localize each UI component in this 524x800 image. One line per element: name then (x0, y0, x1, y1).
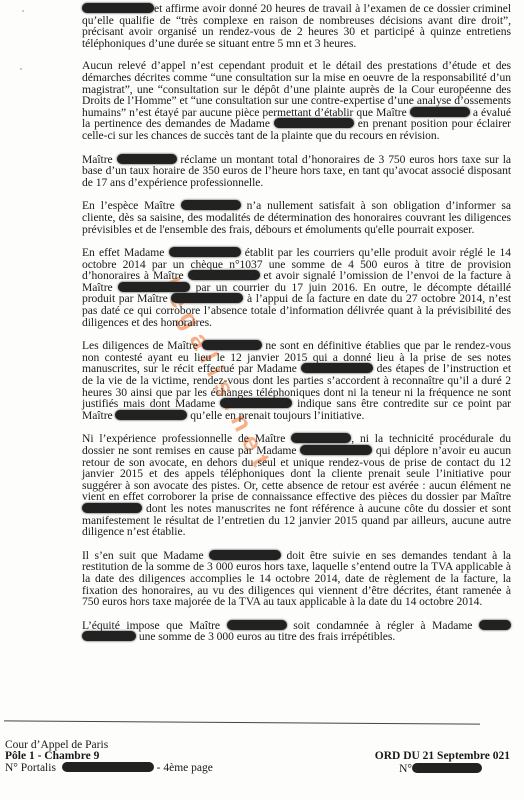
footer-divider (4, 720, 480, 724)
paragraph-text: qu’elle en prenait toujours l’initiative… (187, 409, 364, 422)
redacted-name (82, 631, 136, 641)
redacted-name (274, 118, 354, 128)
redacted-name (118, 282, 190, 292)
redacted-name (479, 620, 511, 630)
redacted-name (220, 398, 292, 408)
paragraph: L’équité impose que Maître soit condamné… (82, 620, 511, 643)
paragraph-text: dont les notes manuscrites ne font référ… (82, 502, 511, 538)
redacted-name (209, 550, 281, 560)
paragraph: Maître réclame un montant total d’honora… (82, 154, 511, 189)
redacted-rg-number (412, 763, 482, 773)
redacted-name (115, 410, 187, 420)
redacted-name (301, 363, 373, 373)
redacted-name (169, 247, 241, 257)
redacted-portalis-number (62, 762, 154, 772)
scan-speck (22, 10, 24, 12)
redacted-name (82, 503, 142, 513)
rg-number-line: N° (375, 763, 482, 775)
redacted-name (171, 293, 243, 303)
page-footer: Cour d’Appel de Paris Pôle 1 - Chambre 9… (5, 740, 515, 774)
paragraph: En effet Madame établit par les courrier… (82, 247, 511, 328)
redacted-name (300, 445, 372, 455)
scan-speck (268, 166, 270, 168)
redacted-name (291, 433, 351, 443)
scan-speck (20, 68, 22, 70)
paragraph: Il s’en suit que Madame doit être suivie… (82, 550, 511, 608)
footer-right: ORD DU 21 Septembre 021 N° (375, 751, 510, 775)
redacted-name (188, 270, 260, 280)
paragraph-text: une somme de 3 000 euros au titre des fr… (136, 630, 395, 643)
paragraph: En l’espèce Maître n’a nullement satisfa… (82, 200, 511, 235)
page-label: - 4ème page (157, 762, 213, 774)
paragraph: Les diligences de Maître ne sont en défi… (82, 340, 511, 421)
document-body: et affirme avoir donné 20 heures de trav… (82, 3, 511, 655)
portalis-label: N° Portalis (5, 762, 56, 774)
redacted-name (181, 200, 241, 210)
redacted-name (227, 620, 287, 630)
paragraph: et affirme avoir donné 20 heures de trav… (82, 3, 511, 49)
paragraph: Ni l’expérience professionnelle de Maîtr… (82, 433, 511, 537)
redacted-name (410, 107, 470, 117)
redacted-name (117, 154, 177, 164)
number-label: N° (399, 763, 412, 775)
paragraph: Aucun relevé d’appel n’est cependant pro… (82, 60, 511, 141)
redacted-name (202, 340, 262, 350)
ord-date: ORD DU 21 Septembre 021 (375, 751, 510, 762)
redacted-name (82, 3, 154, 13)
